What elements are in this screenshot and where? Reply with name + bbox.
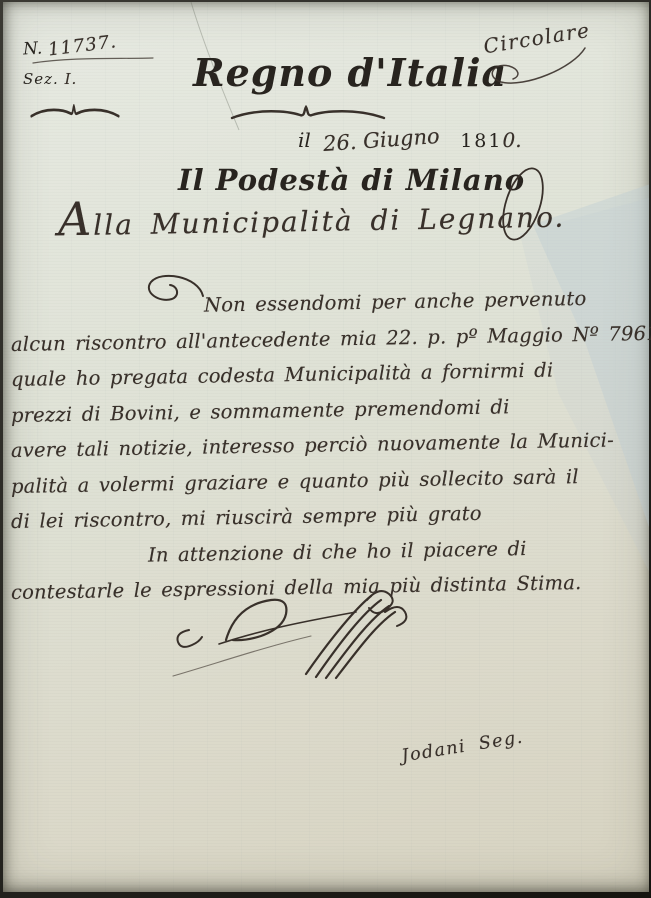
- date-year-digit: 0.: [502, 128, 521, 152]
- circolare-flourish: [481, 46, 601, 94]
- section-label: Sez.: [23, 70, 59, 88]
- signature-flourish: [171, 578, 456, 686]
- secretary-note: Jodani Seg.: [400, 727, 525, 766]
- underline-flourish: [31, 54, 157, 66]
- document-photo: N. 11737. Sez. I. Regno d'Italia Circola…: [0, 0, 651, 898]
- date-day-month: 26. Giugno: [322, 124, 440, 156]
- kingdom-title: Regno d'Italia: [193, 50, 507, 95]
- brace-ornament-center: [228, 105, 388, 121]
- letter-body: Non essendomi per anche pervenuto alcun …: [11, 291, 648, 611]
- date-prefix: il: [298, 128, 311, 152]
- date-line: il 26. Giugno 1810.: [298, 128, 522, 152]
- section-value: I.: [65, 70, 78, 88]
- brace-ornament-left: [29, 104, 121, 119]
- date-year-printed: 181: [460, 130, 502, 152]
- letter-paper: N. 11737. Sez. I. Regno d'Italia Circola…: [3, 2, 649, 892]
- section-line: Sez. I.: [23, 70, 77, 88]
- sender-title: Il Podestà di Milano: [178, 163, 525, 197]
